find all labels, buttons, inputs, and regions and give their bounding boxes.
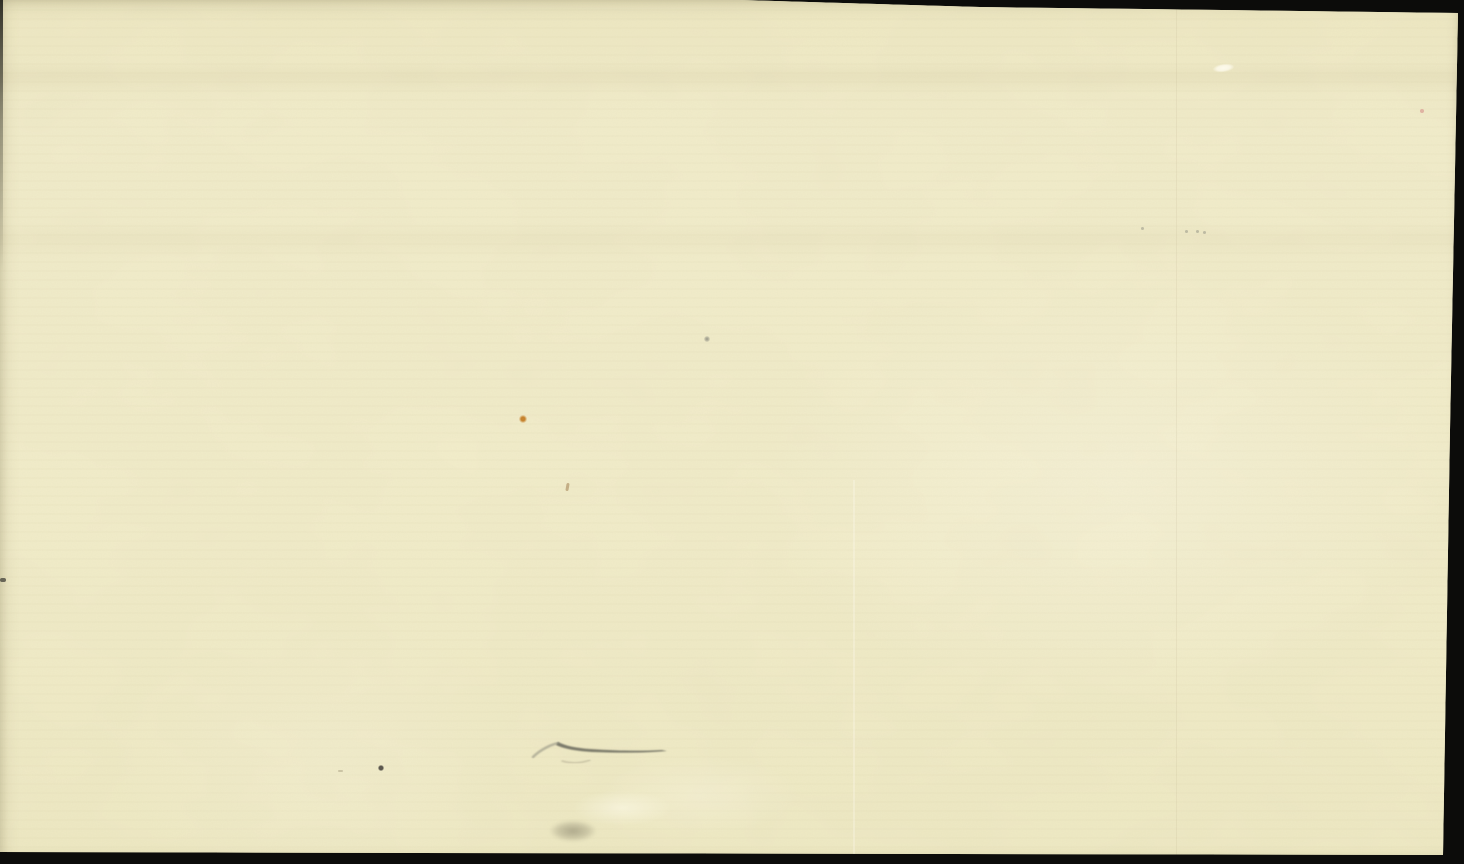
lint-speck xyxy=(338,770,343,772)
scan-background xyxy=(0,0,1464,864)
scan-line-vertical xyxy=(1176,0,1177,864)
dust-dot xyxy=(1196,230,1199,233)
paper-fine-grain-layer xyxy=(0,0,1464,864)
scan-line-vertical xyxy=(853,480,855,864)
gray-speck xyxy=(704,336,710,342)
pencil-streak-tail xyxy=(533,743,558,757)
pink-speck xyxy=(1420,109,1424,113)
dust-dot xyxy=(1141,227,1144,230)
paper-grain-texture xyxy=(0,0,1464,864)
pencil-streak-underline xyxy=(562,760,590,763)
dust-dot xyxy=(1203,231,1206,234)
dust-dot xyxy=(1185,230,1188,233)
white-paper-fleck xyxy=(1213,63,1235,74)
paper-mottle-layer xyxy=(0,0,1464,864)
brown-tick-mark xyxy=(565,483,569,491)
orange-fleck xyxy=(519,415,527,423)
left-edge-shadow-line xyxy=(0,0,3,270)
pencil-streak-body xyxy=(556,742,667,753)
ink-dot xyxy=(378,765,384,771)
dent-shadow xyxy=(549,820,597,842)
card-surface xyxy=(0,0,1464,864)
left-edge-dash xyxy=(0,578,6,582)
